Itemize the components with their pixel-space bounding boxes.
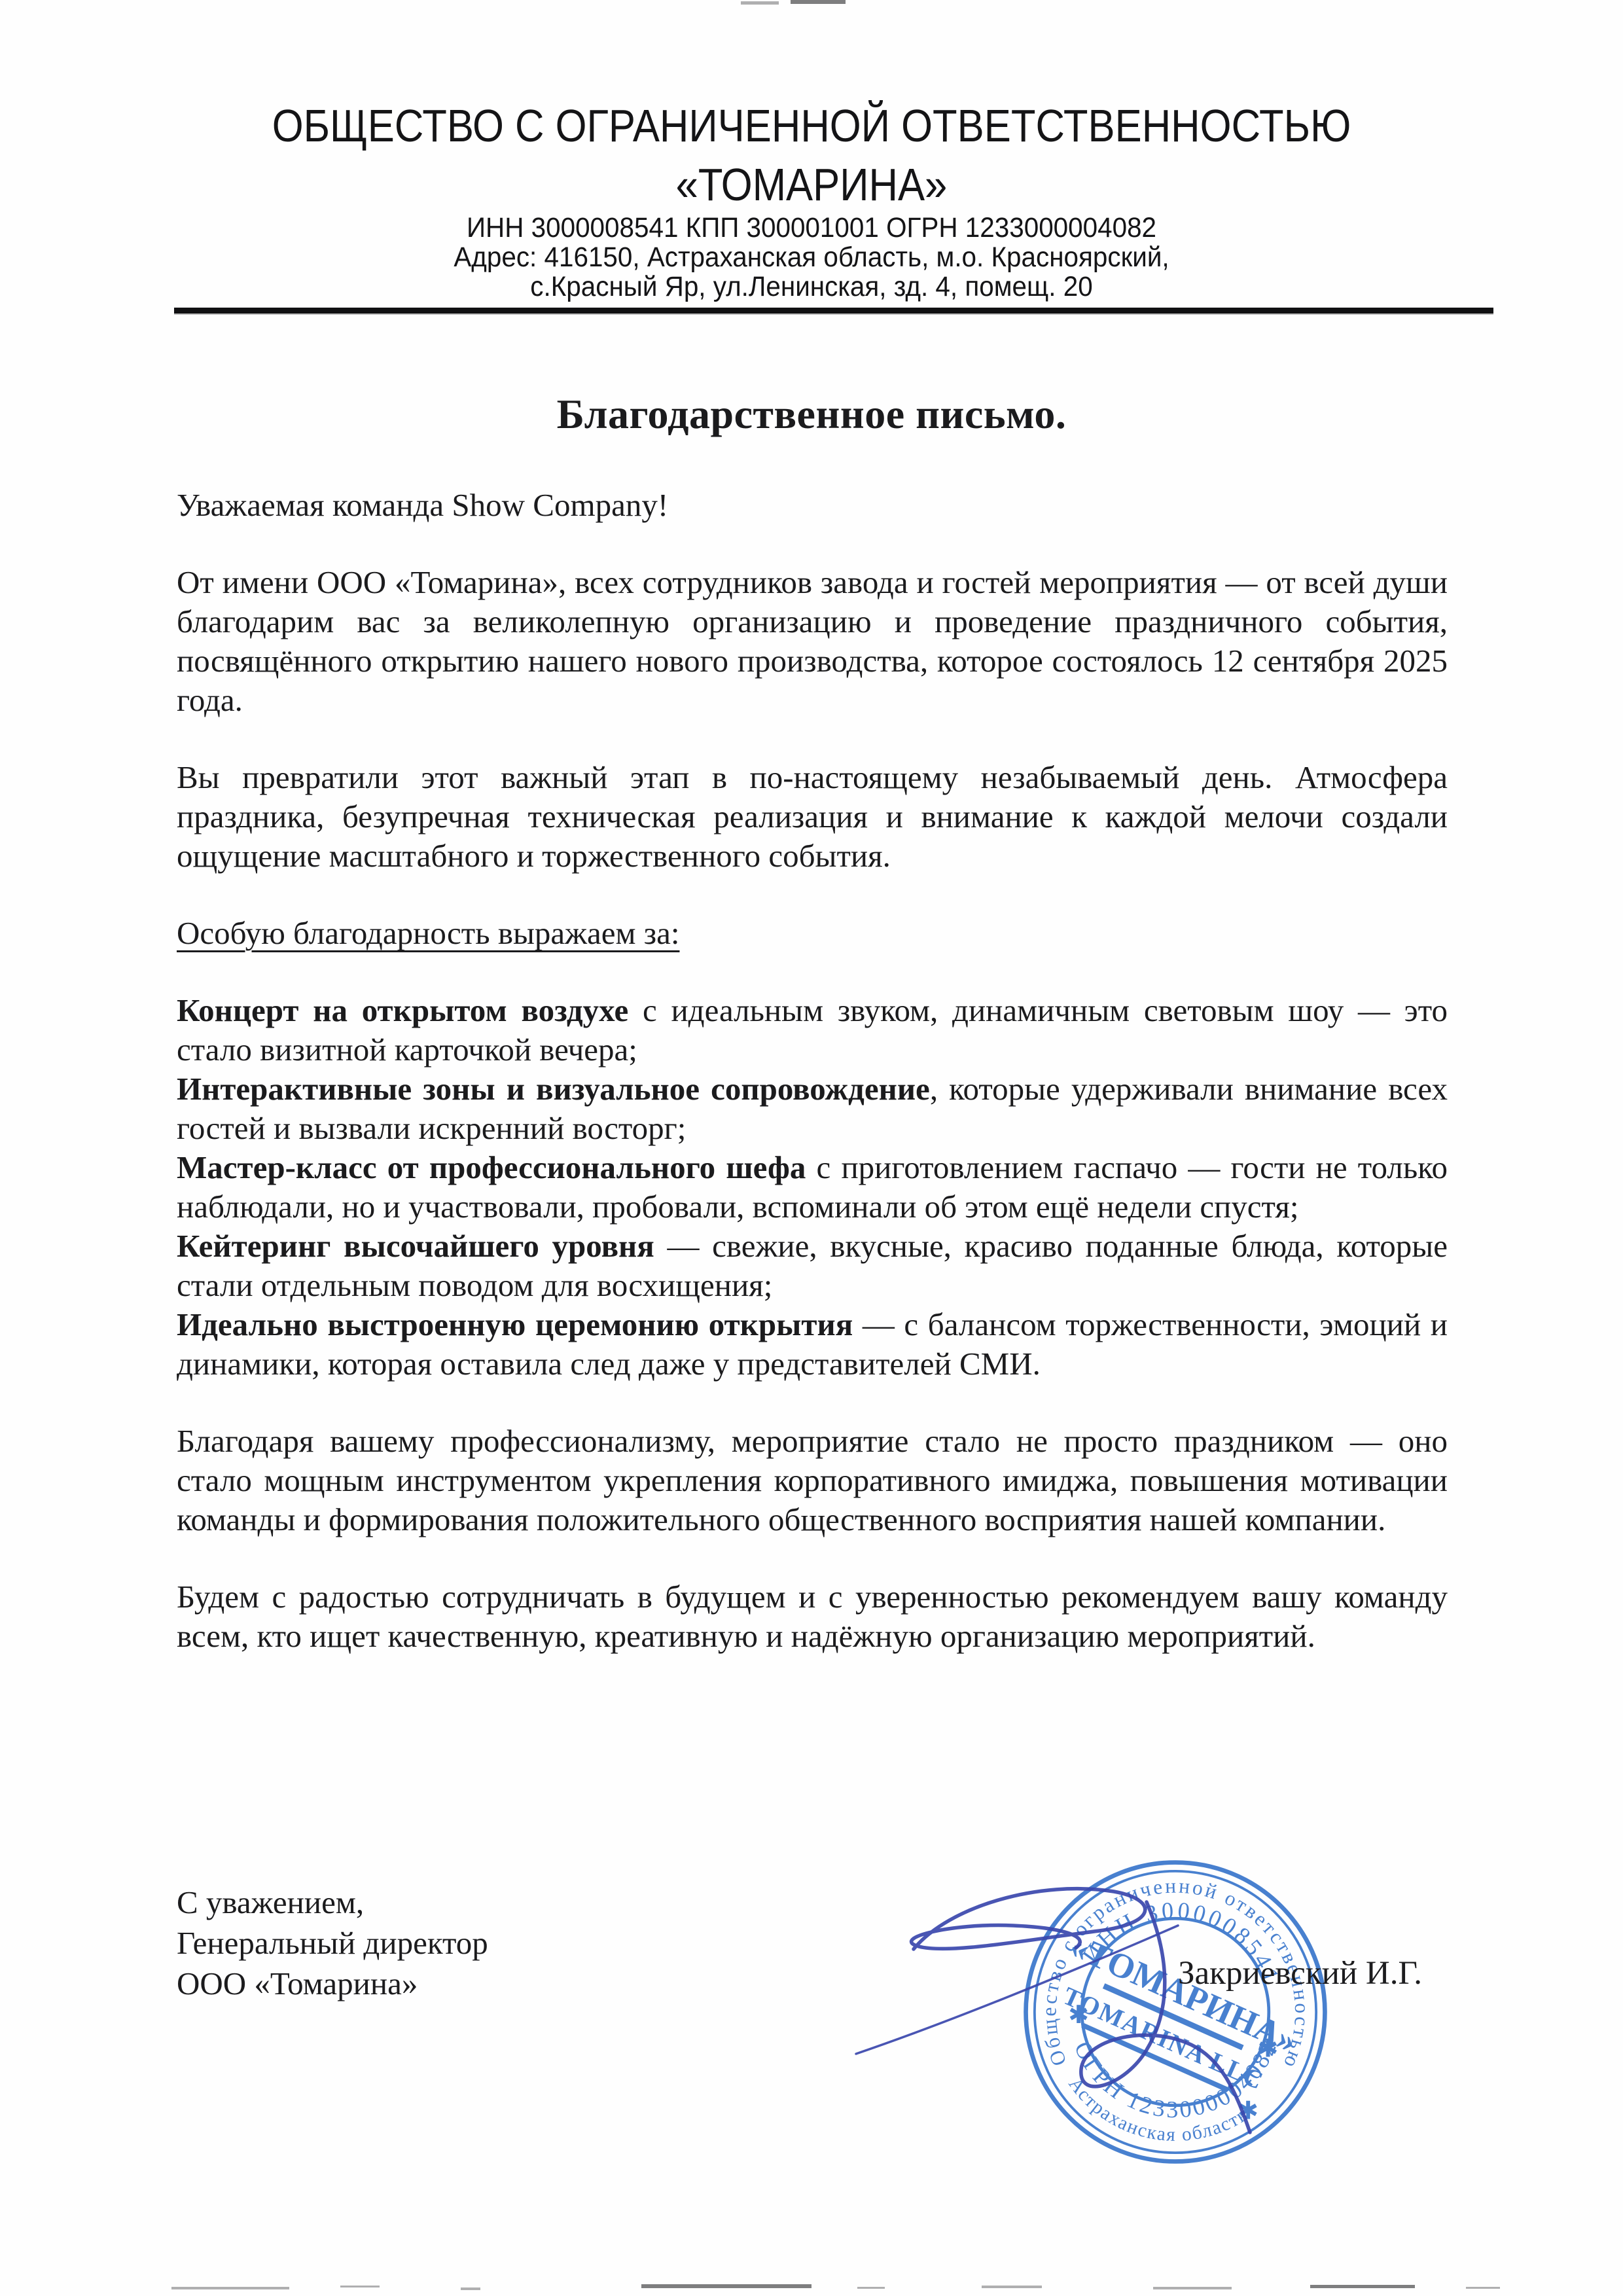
director-name: Закриевский И.Г. — [1178, 1954, 1422, 1992]
signature-stroke — [1081, 1902, 1250, 2132]
gratitude-list: Концерт на открытом воздухе с идеальным … — [177, 991, 1448, 1384]
letter-page: ОБЩЕСТВО С ОГРАНИЧЕННОЙ ОТВЕТСТВЕННОСТЬЮ… — [0, 0, 1623, 2296]
greeting-line: Уважаемая команда Show Company! — [177, 486, 1448, 525]
list-item: Концерт на открытом воздухе с идеальным … — [177, 991, 1448, 1069]
company-requisites: ИНН 3000008541 КПП 300001001 ОГРН 123300… — [48, 213, 1574, 243]
signature-position: Генеральный директор — [177, 1923, 488, 1964]
scan-artifact — [791, 0, 846, 4]
list-item: Кейтеринг высочайшего уровня — свежие, в… — [177, 1227, 1448, 1305]
list-item-lead: Идеально выстроенную церемонию открытия — [177, 1306, 853, 1342]
page-title: Благодарственное письмо. — [0, 390, 1623, 439]
list-item: Интерактивные зоны и визуальное сопровож… — [177, 1069, 1448, 1148]
scan-artifact — [741, 1, 779, 5]
signature-block: С уважением, Генеральный директор ООО «Т… — [177, 1882, 488, 2004]
company-name-line2: «ТОМАРИНА» — [98, 156, 1525, 213]
list-item-lead: Концерт на открытом воздухе — [177, 992, 628, 1028]
handwritten-signature — [851, 1863, 1309, 2144]
list-item-lead: Кейтеринг высочайшего уровня — [177, 1228, 654, 1264]
scan-artifact — [982, 2286, 1042, 2288]
scan-artifact — [171, 2287, 289, 2289]
company-address-line2: с.Красный Яр, ул.Ленинская, зд. 4, помещ… — [48, 272, 1574, 302]
list-item: Мастер-класс от профессионального шефа с… — [177, 1148, 1448, 1227]
letter-body: Уважаемая команда Show Company! От имени… — [177, 486, 1448, 1694]
letterhead: ОБЩЕСТВО С ОГРАНИЧЕННОЙ ОТВЕТСТВЕННОСТЬЮ… — [0, 96, 1623, 302]
paragraph-intro: От имени ООО «Томарина», всех сотруднико… — [177, 563, 1448, 720]
paragraph-atmosphere: Вы превратили этот важный этап в по-наст… — [177, 758, 1448, 876]
signature-company: ООО «Томарина» — [177, 1964, 488, 2004]
letterhead-divider — [174, 308, 1493, 314]
company-name-line1: ОБЩЕСТВО С ОГРАНИЧЕННОЙ ОТВЕТСТВЕННОСТЬЮ — [98, 96, 1525, 156]
signature-stroke — [912, 1889, 1145, 1949]
scan-artifact — [1310, 2285, 1415, 2288]
gratitude-list-heading: Особую благодарность выражаем за: — [177, 914, 1448, 953]
scan-artifact — [857, 2287, 885, 2289]
list-item-lead: Мастер-класс от профессионального шефа — [177, 1149, 806, 1185]
signature-salutation: С уважением, — [177, 1882, 488, 1923]
list-item: Идеально выстроенную церемонию открытия … — [177, 1305, 1448, 1384]
scan-artifact — [641, 2284, 811, 2288]
paragraph-closing: Будем с радостью сотрудничать в будущем … — [177, 1577, 1448, 1656]
scan-artifact — [1153, 2287, 1232, 2289]
company-address-line1: Адрес: 416150, Астраханская область, м.о… — [48, 243, 1574, 272]
scan-artifact — [461, 2287, 480, 2290]
scan-artifact — [340, 2286, 380, 2287]
list-item-lead: Интерактивные зоны и визуальное сопровож… — [177, 1071, 930, 1107]
scan-artifact — [1466, 2287, 1500, 2289]
paragraph-impact: Благодаря вашему профессионализму, мероп… — [177, 1422, 1448, 1539]
